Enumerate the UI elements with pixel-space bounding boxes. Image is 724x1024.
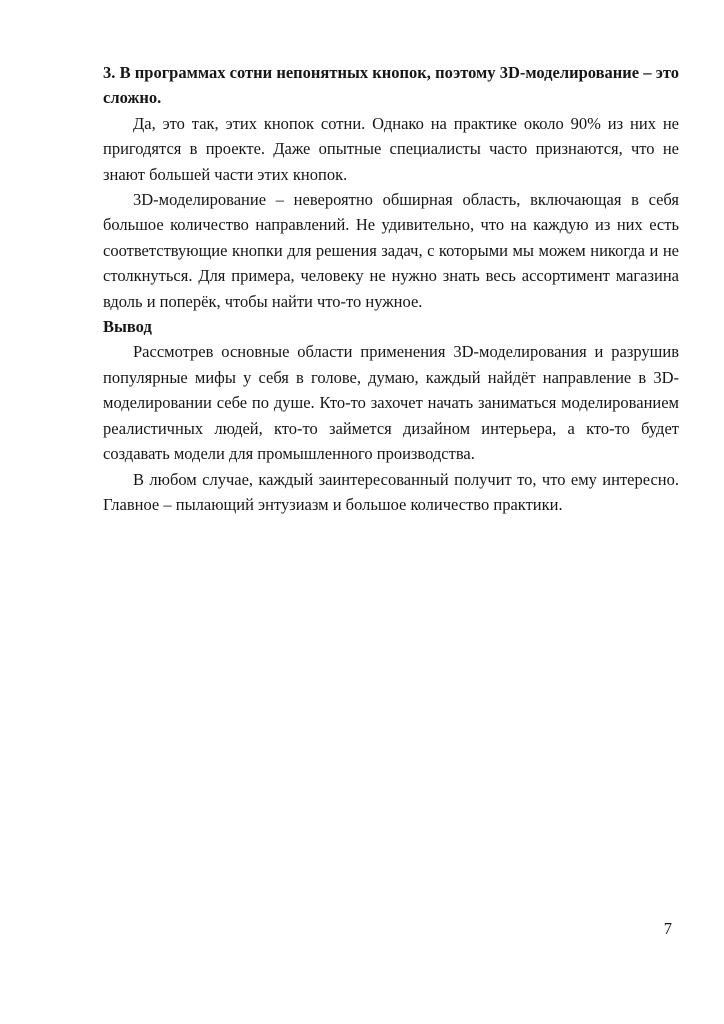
paragraph-conclusion-final: В любом случае, каждый заинтересованный … [103,467,679,518]
page-number: 7 [103,919,679,938]
section-heading: 3. В программах сотни непонятных кнопок,… [103,60,679,111]
paragraph-conclusion-directions: Рассмотрев основные области применения 3… [103,339,679,466]
paragraph-buttons-count: Да, это так, этих кнопок сотни. Однако н… [103,111,679,187]
paragraph-modeling-scope: 3D-моделирование – невероятно обширная о… [103,187,679,314]
document-body: 3. В программах сотни непонятных кнопок,… [103,60,679,517]
document-page: 3. В программах сотни непонятных кнопок,… [0,0,724,1024]
conclusion-heading: Вывод [103,314,679,339]
